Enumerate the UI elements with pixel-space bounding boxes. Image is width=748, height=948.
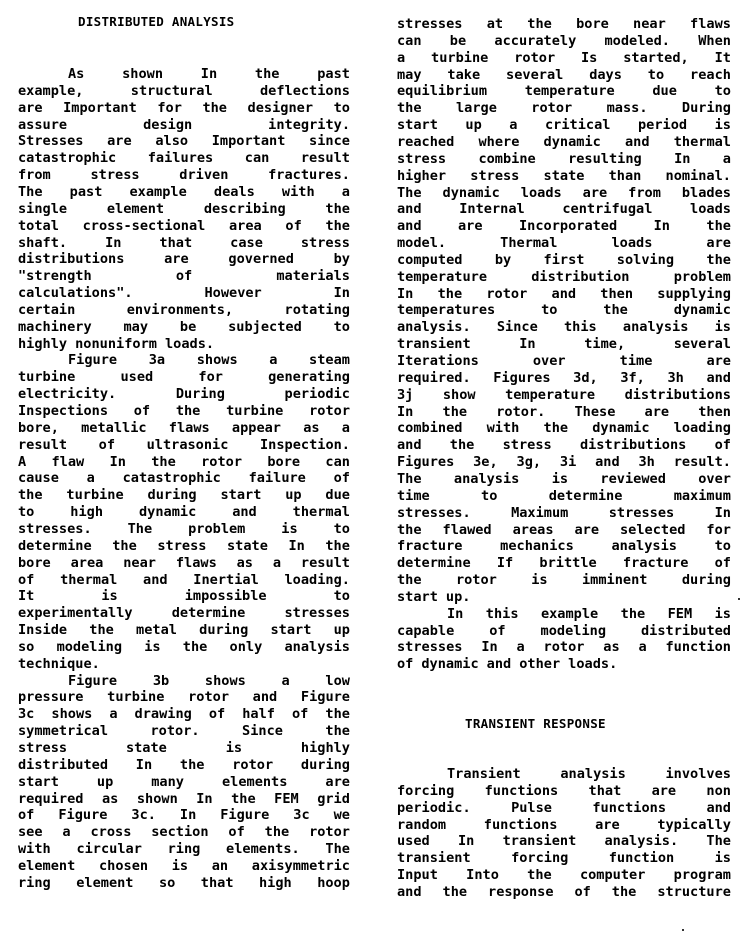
word: non: [706, 783, 731, 799]
text-line: fracturemechanicsanalysisto: [397, 538, 731, 554]
text-line: temperaturestothedynamic: [397, 302, 731, 318]
word: is: [172, 858, 188, 874]
word: turbine: [431, 50, 488, 66]
text-line: higherstressstatethannominal.: [397, 168, 731, 184]
word: example: [130, 184, 187, 200]
word: However: [204, 285, 261, 301]
word: of: [99, 437, 115, 453]
word: the: [183, 639, 208, 655]
text-line: highlynonuniformloads.: [18, 336, 350, 352]
word: result: [301, 555, 350, 571]
word: determine: [549, 488, 623, 504]
word: other: [519, 656, 560, 672]
word: When: [698, 33, 731, 49]
word: "strength: [18, 268, 92, 284]
word: shaft.: [18, 235, 67, 251]
word: structure: [657, 884, 731, 900]
word: for: [157, 100, 182, 116]
word: to: [541, 302, 557, 318]
word: may: [124, 319, 149, 335]
word: result: [18, 437, 67, 453]
word: loads: [611, 235, 652, 251]
word: problem: [188, 521, 245, 537]
text-line: boreareanearflawsasaresult: [18, 555, 350, 571]
word: ring: [168, 841, 201, 857]
word: Figures: [493, 370, 550, 386]
word: is: [101, 588, 117, 604]
word: the: [325, 723, 350, 739]
word: higher: [397, 168, 446, 184]
text-line: InthisexampletheFEMis: [397, 606, 731, 622]
word: centrifugal: [562, 201, 652, 217]
word: and: [397, 437, 422, 453]
word: the: [527, 867, 552, 883]
word: the: [706, 218, 731, 234]
text-line: determineIfbrittlefractureof: [397, 555, 731, 571]
word: and: [397, 218, 422, 234]
word: and: [487, 656, 512, 672]
word: are: [706, 353, 731, 369]
word: describing: [204, 201, 286, 217]
word: rotor: [309, 403, 350, 419]
word: temperature: [505, 387, 595, 403]
word: mechanics: [500, 538, 574, 554]
word: at: [487, 16, 503, 32]
word: Iterations: [397, 353, 479, 369]
section-heading-transient-response: TRANSIENT RESPONSE: [465, 716, 606, 731]
text-line: maytakeseveraldaystoreach: [397, 67, 731, 83]
word: a: [342, 184, 350, 200]
word: flaws: [176, 555, 217, 571]
word: rotor: [544, 639, 585, 655]
word: 3h: [639, 454, 655, 470]
text-line: Figure3ashowsasteam: [18, 352, 350, 368]
word: during: [148, 487, 197, 503]
word: to: [18, 504, 34, 520]
word: over: [533, 353, 566, 369]
text-line: ringelementsothathighhoop: [18, 875, 350, 891]
word: typically: [657, 817, 731, 833]
word: is: [715, 606, 731, 622]
word: Inertial: [193, 572, 258, 588]
word: Important: [63, 100, 137, 116]
word: where: [478, 134, 519, 150]
word: total: [18, 218, 59, 234]
text-line: Figure3bshowsalow: [18, 673, 350, 689]
word: rotor: [201, 454, 242, 470]
word: Internal: [459, 201, 524, 217]
word: 3c: [293, 807, 309, 823]
word: equilibrium: [397, 83, 487, 99]
word: distributions: [625, 387, 731, 403]
word: environments,: [127, 302, 233, 318]
text-line: equilibriumtemperaturedueto: [397, 83, 731, 99]
word: a: [87, 470, 95, 486]
word: up.: [446, 589, 471, 605]
word: hoop: [317, 875, 350, 891]
word: be: [180, 319, 196, 335]
word: technique.: [18, 656, 100, 672]
word: start: [270, 622, 311, 638]
word: is: [715, 850, 731, 866]
word: result.: [674, 454, 731, 470]
word: past: [70, 184, 103, 200]
word: blades: [682, 185, 731, 201]
word: of: [489, 623, 505, 639]
text-line: causeacatastrophicfailureof: [18, 470, 350, 486]
document-page: DISTRIBUTED ANALYSIS AsshownInthepastexa…: [0, 0, 748, 948]
word: past: [317, 66, 350, 82]
word: cross-sectional: [83, 218, 206, 234]
word: rotating: [285, 302, 350, 318]
word: In: [201, 66, 217, 82]
word: modeled.: [604, 33, 669, 49]
word: metal: [136, 622, 177, 638]
word: Into: [466, 867, 499, 883]
word: As: [68, 66, 84, 82]
word: start: [397, 589, 438, 605]
word: analysis: [611, 538, 676, 554]
text-line: Intherotor.Thesearethen: [397, 404, 731, 420]
word: Figure: [68, 673, 117, 689]
text-line: determinethestressstateInthe: [18, 538, 350, 554]
word: assure: [18, 117, 67, 133]
word: 3c.: [131, 807, 156, 823]
text-line: theflawedareasareselectedfor: [397, 522, 731, 538]
text-line: areImportantforthedesignerto: [18, 100, 350, 116]
word: reached: [397, 134, 454, 150]
word: and: [397, 201, 422, 217]
word: with: [487, 420, 520, 436]
word: bore: [576, 16, 609, 32]
text-line: assuredesignintegrity.: [18, 117, 350, 133]
word: turbine: [18, 369, 75, 385]
word: 3b: [153, 673, 169, 689]
text-line: pressureturbinerotorandFigure: [18, 689, 350, 705]
text-line: Inspectionsoftheturbinerotor: [18, 403, 350, 419]
word: that: [201, 875, 234, 891]
word: The: [18, 184, 43, 200]
word: pressure: [18, 689, 83, 705]
word: function: [609, 850, 674, 866]
word: high: [70, 504, 103, 520]
text-line: canbeaccuratelymodeled.When: [397, 33, 731, 49]
word: flaw: [52, 454, 85, 470]
word: period: [638, 117, 687, 133]
word: A: [18, 454, 26, 470]
word: computed: [397, 252, 462, 268]
text-line: somodelingistheonlyanalysis: [18, 639, 350, 655]
word: stress: [470, 168, 519, 184]
word: function: [666, 639, 731, 655]
word: loads.: [568, 656, 617, 672]
word: resulting: [568, 151, 642, 167]
text-line: Iterationsovertimeare: [397, 353, 731, 369]
word: It: [715, 50, 731, 66]
text-line: startup.: [397, 589, 731, 605]
text-line: machinerymaybesubjectedto: [18, 319, 350, 335]
word: The: [706, 833, 731, 849]
word: a: [269, 352, 277, 368]
word: are: [325, 774, 350, 790]
word: is: [715, 117, 731, 133]
word: cross: [90, 824, 131, 840]
word: of: [334, 470, 350, 486]
word: capable: [397, 623, 454, 639]
word: rotor.: [150, 723, 199, 739]
text-line: electricity.Duringperiodic: [18, 386, 350, 402]
word: structural: [131, 83, 213, 99]
text-line: symmetricalrotor.Sincethe: [18, 723, 350, 739]
word: see: [18, 824, 43, 840]
word: up: [465, 117, 481, 133]
word: impossible: [185, 588, 267, 604]
word: during: [682, 572, 731, 588]
word: Figure: [58, 807, 107, 823]
word: areas: [513, 522, 554, 538]
word: analysis.: [605, 833, 679, 849]
word: time: [397, 488, 430, 504]
word: are: [595, 817, 620, 833]
section-heading-distributed-analysis: DISTRIBUTED ANALYSIS: [78, 14, 235, 29]
word: deals: [214, 184, 255, 200]
word: for: [198, 369, 223, 385]
word: thermal: [60, 572, 117, 588]
word: nominal.: [666, 168, 731, 184]
word: In: [481, 639, 497, 655]
word: deflections: [260, 83, 350, 99]
text-line: aturbinerotorIsstarted,It: [397, 50, 731, 66]
word: stress: [157, 538, 206, 554]
word: thermal: [674, 134, 731, 150]
text-line: seeacrosssectionoftherotor: [18, 824, 350, 840]
text-line: "strengthofmaterials: [18, 268, 350, 284]
word: design: [143, 117, 192, 133]
word: of: [715, 555, 731, 571]
text-line: therotorisimminentduring: [397, 572, 731, 588]
word: the: [151, 454, 176, 470]
text-line: Theanalysisisreviewedover: [397, 471, 731, 487]
word: then: [698, 404, 731, 420]
word: periodic.: [397, 800, 471, 816]
word: required.: [397, 370, 471, 386]
word: steam: [309, 352, 350, 368]
word: used: [397, 833, 430, 849]
word: an: [212, 858, 228, 874]
text-line: StressesarealsoImportantsince: [18, 133, 350, 149]
word: functions: [485, 783, 559, 799]
text-line: model.Thermalloadsare: [397, 235, 731, 251]
text-line: ofFigure3c.InFigure3cwe: [18, 807, 350, 823]
word: is: [552, 471, 568, 487]
word: rotor: [514, 50, 555, 66]
text-line: elementchosenisanaxisymmetric: [18, 858, 350, 874]
word: periodic: [285, 386, 350, 402]
word: experimentally: [18, 605, 133, 621]
word: In: [519, 336, 535, 352]
word: axisymmetric: [252, 858, 350, 874]
word: 3d,: [573, 370, 598, 386]
word: distributions: [18, 251, 124, 267]
word: turbine: [66, 487, 123, 503]
word: from: [18, 167, 51, 183]
text-line: singleelementdescribingthe: [18, 201, 350, 217]
word: grid: [317, 791, 350, 807]
word: many: [151, 774, 184, 790]
word: the: [527, 16, 552, 32]
word: the: [231, 791, 256, 807]
text-line: totalcross-sectionalareaofthe: [18, 218, 350, 234]
word: flaws: [169, 420, 210, 436]
word: solving: [617, 252, 674, 268]
word: of: [228, 824, 244, 840]
word: In: [196, 791, 212, 807]
word: and: [552, 286, 577, 302]
word: to: [334, 588, 350, 604]
word: the: [603, 302, 628, 318]
word: failures: [148, 150, 213, 166]
word: and: [625, 134, 650, 150]
word: and: [232, 504, 257, 520]
word: that: [589, 783, 622, 799]
word: model.: [397, 235, 446, 251]
word: up: [285, 487, 301, 503]
word: be: [450, 33, 466, 49]
word: Important: [212, 133, 286, 149]
word: dynamic: [592, 420, 649, 436]
word: loading: [674, 420, 731, 436]
word: subjected: [228, 319, 302, 335]
word: show: [443, 387, 476, 403]
word: are: [583, 185, 608, 201]
word: required: [18, 791, 83, 807]
word: state: [126, 740, 167, 756]
text-line: andareIncorporatedInthe: [397, 218, 731, 234]
word: time: [620, 353, 653, 369]
text-line: fromstressdrivenfractures.: [18, 167, 350, 183]
word: analysis: [623, 319, 688, 335]
word: functions: [592, 800, 666, 816]
word: In: [288, 538, 304, 554]
word: is: [226, 740, 242, 756]
text-line: technique.: [18, 656, 350, 672]
word: days: [589, 67, 622, 83]
word: 3h: [667, 370, 683, 386]
text-line: ofdynamicandotherloads.: [397, 656, 731, 672]
word: during: [301, 757, 350, 773]
text-line: experimentallydeterminestresses: [18, 605, 350, 621]
word: In: [458, 833, 474, 849]
text-line: required.Figures3d,3f,3hand: [397, 370, 731, 386]
word: rotor: [188, 689, 229, 705]
word: several: [506, 67, 563, 83]
word: In: [180, 807, 196, 823]
word: machinery: [18, 319, 92, 335]
word: take: [447, 67, 480, 83]
word: During: [176, 386, 225, 402]
word: a: [273, 555, 281, 571]
word: Is: [581, 50, 597, 66]
word: involves: [666, 766, 731, 782]
word: governed: [228, 251, 293, 267]
word: 3c: [18, 706, 34, 722]
word: driven: [179, 167, 228, 183]
text-line: stresscombineresultingIna: [397, 151, 731, 167]
word: reach: [690, 67, 731, 83]
word: to: [481, 488, 497, 504]
text-line: transientIntime,several: [397, 336, 731, 352]
word: metallic: [81, 420, 146, 436]
word: is: [531, 572, 547, 588]
word: determine: [172, 605, 246, 621]
word: of: [397, 656, 413, 672]
word: the: [443, 884, 468, 900]
word: of: [134, 403, 150, 419]
word: of: [574, 884, 590, 900]
text-line: withcircularringelements.The: [18, 841, 350, 857]
word: turbine: [107, 689, 164, 705]
word: symmetrical: [18, 723, 108, 739]
word: state: [544, 168, 585, 184]
word: high: [259, 875, 292, 891]
word: forcing: [397, 783, 454, 799]
text-line: theturbineduringstartupdue: [18, 487, 350, 503]
word: temperature: [525, 83, 615, 99]
word: state: [227, 538, 268, 554]
word: up: [334, 622, 350, 638]
word: element: [18, 858, 75, 874]
word: Input: [397, 867, 438, 883]
word: low: [325, 673, 350, 689]
word: stresses: [609, 505, 674, 521]
word: a: [509, 117, 517, 133]
word: bore: [18, 555, 51, 571]
word: loads.: [165, 336, 214, 352]
word: stresses.: [397, 505, 471, 521]
word: to: [334, 319, 350, 335]
text-line: tohighdynamicandthermal: [18, 504, 350, 520]
text-line: stressesattheborenearflaws: [397, 16, 731, 32]
text-line: temperaturedistributionproblem: [397, 269, 731, 285]
word: Figure: [68, 352, 117, 368]
word: are: [706, 235, 731, 251]
word: of: [18, 807, 34, 823]
word: accurately: [494, 33, 576, 49]
word: ring: [18, 875, 51, 891]
word: In: [674, 151, 690, 167]
text-line: startupacriticalperiodis: [397, 117, 731, 133]
word: program: [674, 867, 731, 883]
word: integrity.: [268, 117, 350, 133]
word: functions: [484, 817, 558, 833]
word: reviewed: [600, 471, 665, 487]
word: and: [706, 370, 731, 386]
word: catastrophic: [123, 470, 221, 486]
word: the: [255, 66, 280, 82]
word: selected: [620, 522, 685, 538]
word: Figures: [397, 454, 454, 470]
word: the: [612, 884, 637, 900]
word: drawing: [135, 706, 192, 722]
word: this: [564, 319, 597, 335]
word: determine: [18, 538, 92, 554]
word: are: [645, 404, 670, 420]
word: as: [603, 639, 619, 655]
word: the: [397, 100, 422, 116]
word: elements.: [226, 841, 300, 857]
word: of: [209, 706, 225, 722]
word: dynamic: [139, 504, 196, 520]
